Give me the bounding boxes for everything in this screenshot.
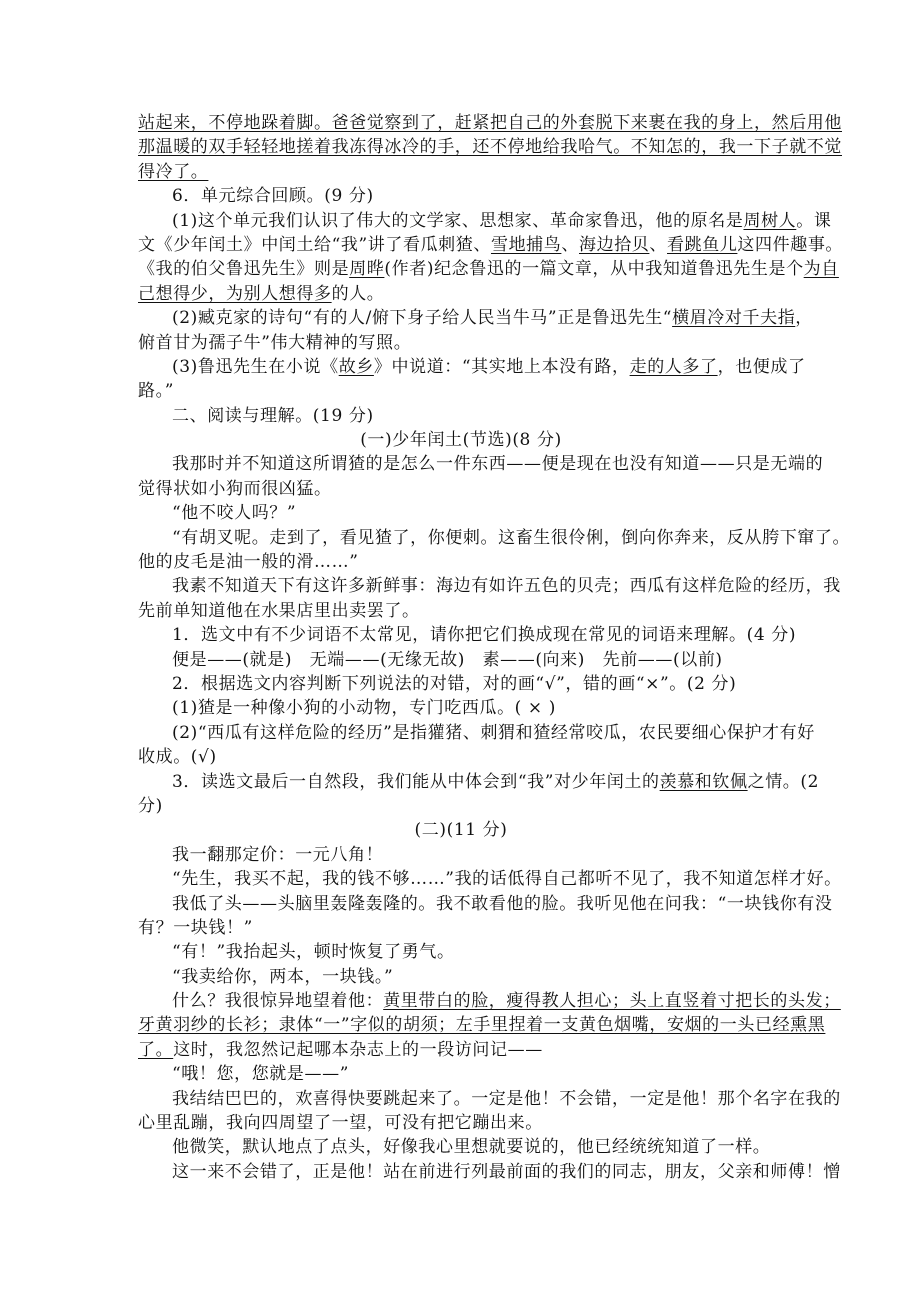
text-segment: “先生，我买不起，我的钱不够……”我的话低得自己都听不见了，我不知道怎样才好。: [172, 869, 842, 889]
text-line: 我那时并不知道这所谓猹的是怎么一件东西——便是现在也没有知道——只是无端的: [138, 452, 784, 476]
text-segment: 他微笑，默认地点了点头，好像我心里想就要说的，他已经统统知道了一样。: [172, 1137, 770, 1157]
text-line: 收成。(√): [138, 745, 784, 769]
text-segment: 。课: [796, 211, 831, 231]
text-line: 先前单知道他在水果店里出卖罢了。: [138, 599, 784, 623]
text-segment: 心里乱蹦，我向四周望了一望，可没有把它蹦出来。: [138, 1113, 543, 1133]
answer-underlined: 周树人: [743, 211, 796, 231]
text-segment: 俯首甘为孺子牛”伟大精神的写照。: [138, 333, 411, 353]
text-line: 牙黄羽纱的长衫；隶体“一”字似的胡须；左手里捏着一支黄色烟嘴，安烟的一头已经熏黑: [138, 1013, 784, 1037]
answer-underlined: 雪地捕鸟: [491, 235, 561, 255]
answer-underlined: 为自: [804, 259, 839, 279]
text-line: 什么？我很惊异地望着他：黄里带白的脸，瘦得教人担心；头上直竖着寸把长的头发；: [138, 989, 784, 1013]
text-segment: 这四件趣事。: [737, 235, 843, 255]
text-line: “我卖给你，两本，一块钱。”: [138, 965, 784, 989]
text-segment: 什么？我很惊异地望着他：: [172, 991, 383, 1011]
text-line: 心里乱蹦，我向四周望了一望，可没有把它蹦出来。: [138, 1111, 784, 1135]
answer-underlined: 得冷了。: [138, 162, 208, 182]
text-segment: (二)(11 分): [415, 820, 508, 840]
text-line: “有！”我抬起头，顿时恢复了勇气。: [138, 940, 784, 964]
text-line: 有？一块钱！”: [138, 916, 784, 940]
text-segment: (3)鲁迅先生在小说《: [172, 357, 339, 377]
text-line: 他微笑，默认地点了点头，好像我心里想就要说的，他已经统统知道了一样。: [138, 1135, 784, 1159]
text-segment: ，: [795, 308, 813, 328]
text-line: 路。”: [138, 379, 784, 403]
text-line: 得冷了。: [138, 160, 784, 184]
text-line: 二、阅读与理解。(19 分): [138, 404, 784, 428]
text-segment: 路。”: [138, 381, 174, 401]
text-segment: “我卖给你，两本，一块钱。”: [172, 967, 393, 987]
text-line: 《我的伯父鲁迅先生》则是周晔(作者)纪念鲁迅的一篇文章，从中我知道鲁迅先生是个为…: [138, 257, 784, 281]
text-line: “有胡叉呢。走到了，看见猹了，你便刺。这畜生很伶俐，倒向你奔来，反从胯下窜了。: [138, 526, 784, 550]
text-line: 俯首甘为孺子牛”伟大精神的写照。: [138, 331, 784, 355]
answer-underlined: 黄里带白的脸，瘦得教人担心；头上直竖着寸把长的头发；: [383, 991, 841, 1011]
text-line: 我一翻那定价：一元八角！: [138, 843, 784, 867]
text-segment: 分): [138, 796, 163, 816]
text-segment: 》中说道：“其实地上本没有路，: [374, 357, 630, 377]
text-segment: (一)少年闰土(节选)(8 分): [360, 430, 562, 450]
text-segment: 二、阅读与理解。(19 分): [172, 406, 374, 426]
text-segment: 《我的伯父鲁迅先生》则是: [138, 259, 349, 279]
text-segment: 便是——(就是) 无端——(无缘无故) 素——(向来) 先前——(以前): [172, 650, 723, 670]
text-line: 1．选文中有不少词语不太常见，请你把它们换成现在常见的词语来理解。(4 分): [138, 623, 784, 647]
text-segment: (1)猹是一种像小狗的小动物，专门吃西瓜。( × ): [172, 698, 556, 718]
text-line: (2)臧克家的诗句“有的人/俯下身子给人民当牛马”正是鲁迅先生“横眉冷对千夫指，: [138, 306, 784, 330]
text-segment: (1)这个单元我们认识了伟大的文学家、思想家、革命家鲁迅，他的原名是: [172, 211, 743, 231]
text-segment: 我素不知道天下有这许多新鲜事：海边有如许五色的贝壳；西瓜有这样危险的经历，我: [172, 576, 841, 596]
answer-underlined: 那温暖的双手轻轻地搓着我冻得冰冷的手，还不停地给我哈气。不知怎的，我一下子就不觉: [138, 137, 842, 157]
text-line: 我低了头——头脑里轰隆轰隆的。我不敢看他的脸。我听见他在问我：“一块钱你有没: [138, 892, 784, 916]
answer-underlined: 己想得少，为别人想得多: [138, 284, 332, 304]
text-segment: 、: [649, 235, 667, 255]
text-line: 我结结巴巴的，欢喜得快要跳起来了。一定是他！不会错，一定是他！那个名字在我的: [138, 1087, 784, 1111]
text-line: 便是——(就是) 无端——(无缘无故) 素——(向来) 先前——(以前): [138, 648, 784, 672]
text-segment: 我那时并不知道这所谓猹的是怎么一件东西——便是现在也没有知道——只是无端的: [172, 454, 823, 474]
text-line: “先生，我买不起，我的钱不够……”我的话低得自己都听不见了，我不知道怎样才好。: [138, 867, 784, 891]
text-line: (1)猹是一种像小狗的小动物，专门吃西瓜。( × ): [138, 696, 784, 720]
answer-underlined: 走的人多了: [630, 357, 718, 377]
answer-underlined: 海边拾贝: [579, 235, 649, 255]
text-segment: 觉得状如小狗而很凶猛。: [138, 479, 332, 499]
section-heading: (一)少年闰土(节选)(8 分): [138, 428, 784, 452]
text-segment: 之情。(2: [748, 772, 819, 792]
text-segment: 他的皮毛是油一般的滑……”: [138, 552, 359, 572]
text-segment: 我低了头——头脑里轰隆轰隆的。我不敢看他的脸。我听见他在问我：“一块钱你有没: [172, 894, 833, 914]
text-segment: “有胡叉呢。走到了，看见猹了，你便刺。这畜生很伶俐，倒向你奔来，反从胯下窜了。: [172, 528, 850, 548]
text-segment: 的人。: [332, 284, 385, 304]
text-segment: 2．根据选文内容判断下列说法的对错，对的画“√”，错的画“×”。(2 分): [172, 674, 736, 694]
answer-underlined: 周晔: [349, 259, 384, 279]
text-line: (2)“西瓜有这样危险的经历”是指獾猪、刺猬和猹经常咬瓜，农民要细心保护才有好: [138, 721, 784, 745]
text-segment: “他不咬人吗？”: [172, 503, 296, 523]
text-line: 己想得少，为别人想得多的人。: [138, 282, 784, 306]
text-line: “哦！您，您就是——”: [138, 1062, 784, 1086]
text-segment: 、: [561, 235, 579, 255]
text-line: 我素不知道天下有这许多新鲜事：海边有如许五色的贝壳；西瓜有这样危险的经历，我: [138, 574, 784, 598]
text-segment: 6．单元综合回顾。(9 分): [172, 186, 374, 206]
text-segment: 这时，我忽然记起哪本杂志上的一段访问记——: [173, 1040, 543, 1060]
text-line: 觉得状如小狗而很凶猛。: [138, 477, 784, 501]
text-line: 那温暖的双手轻轻地搓着我冻得冰冷的手，还不停地给我哈气。不知怎的，我一下子就不觉: [138, 135, 784, 159]
text-line: 分): [138, 794, 784, 818]
text-segment: 文《少年闰土》中闰土给“我”讲了看瓜刺猹、: [138, 235, 491, 255]
text-segment: 这一来不会错了，正是他！站在前进行列最前面的我们的同志，朋友，父亲和师傅！憎: [172, 1162, 841, 1182]
text-segment: 先前单知道他在水果店里出卖罢了。: [138, 601, 420, 621]
text-line: 6．单元综合回顾。(9 分): [138, 184, 784, 208]
text-segment: 我一翻那定价：一元八角！: [172, 845, 383, 865]
text-segment: (2)“西瓜有这样危险的经历”是指獾猪、刺猬和猹经常咬瓜，农民要细心保护才有好: [172, 723, 815, 743]
answer-underlined: 横眉冷对千夫指: [672, 308, 795, 328]
text-line: 2．根据选文内容判断下列说法的对错，对的画“√”，错的画“×”。(2 分): [138, 672, 784, 696]
text-segment: 1．选文中有不少词语不太常见，请你把它们换成现在常见的词语来理解。(4 分): [172, 625, 796, 645]
answer-underlined: 故乡: [339, 357, 374, 377]
text-segment: “有！”我抬起头，顿时恢复了勇气。: [172, 942, 455, 962]
answer-underlined: 羡慕和钦佩: [660, 772, 748, 792]
text-segment: “哦！您，您就是——”: [172, 1064, 349, 1084]
text-segment: 有？一块钱！”: [138, 918, 253, 938]
answer-underlined: 看跳鱼儿: [667, 235, 737, 255]
text-line: “他不咬人吗？”: [138, 501, 784, 525]
text-line: 他的皮毛是油一般的滑……”: [138, 550, 784, 574]
text-segment: 3．读选文最后一自然段，我们能从中体会到“我”对少年闰土的: [172, 772, 660, 792]
text-line: 了。这时，我忽然记起哪本杂志上的一段访问记——: [138, 1038, 784, 1062]
text-segment: (作者)纪念鲁迅的一篇文章，从中我知道鲁迅先生是个: [384, 259, 803, 279]
text-segment: 收成。(√): [138, 747, 217, 767]
section-heading: (二)(11 分): [138, 818, 784, 842]
answer-underlined: 站起来，不停地跺着脚。爸爸觉察到了，赶紧把自己的外套脱下来裹在我的身上，然后用他: [138, 113, 842, 133]
text-line: (1)这个单元我们认识了伟大的文学家、思想家、革命家鲁迅，他的原名是周树人。课: [138, 209, 784, 233]
text-segment: (2)臧克家的诗句“有的人/俯下身子给人民当牛马”正是鲁迅先生“: [172, 308, 672, 328]
text-segment: ，也便成了: [718, 357, 806, 377]
answer-underlined: 了。: [138, 1040, 173, 1060]
answer-underlined: 牙黄羽纱的长衫；隶体“一”字似的胡须；左手里捏着一支黄色烟嘴，安烟的一头已经熏黑: [138, 1015, 825, 1035]
text-line: 3．读选文最后一自然段，我们能从中体会到“我”对少年闰土的羡慕和钦佩之情。(2: [138, 770, 784, 794]
text-line: 这一来不会错了，正是他！站在前进行列最前面的我们的同志，朋友，父亲和师傅！憎: [138, 1160, 784, 1184]
text-line: 站起来，不停地跺着脚。爸爸觉察到了，赶紧把自己的外套脱下来裹在我的身上，然后用他: [138, 111, 784, 135]
text-line: 文《少年闰土》中闰土给“我”讲了看瓜刺猹、雪地捕鸟、海边拾贝、看跳鱼儿这四件趣事…: [138, 233, 784, 257]
text-segment: 我结结巴巴的，欢喜得快要跳起来了。一定是他！不会错，一定是他！那个名字在我的: [172, 1089, 841, 1109]
document-page: 站起来，不停地跺着脚。爸爸觉察到了，赶紧把自己的外套脱下来裹在我的身上，然后用他…: [138, 111, 784, 1184]
text-line: (3)鲁迅先生在小说《故乡》中说道：“其实地上本没有路，走的人多了，也便成了: [138, 355, 784, 379]
